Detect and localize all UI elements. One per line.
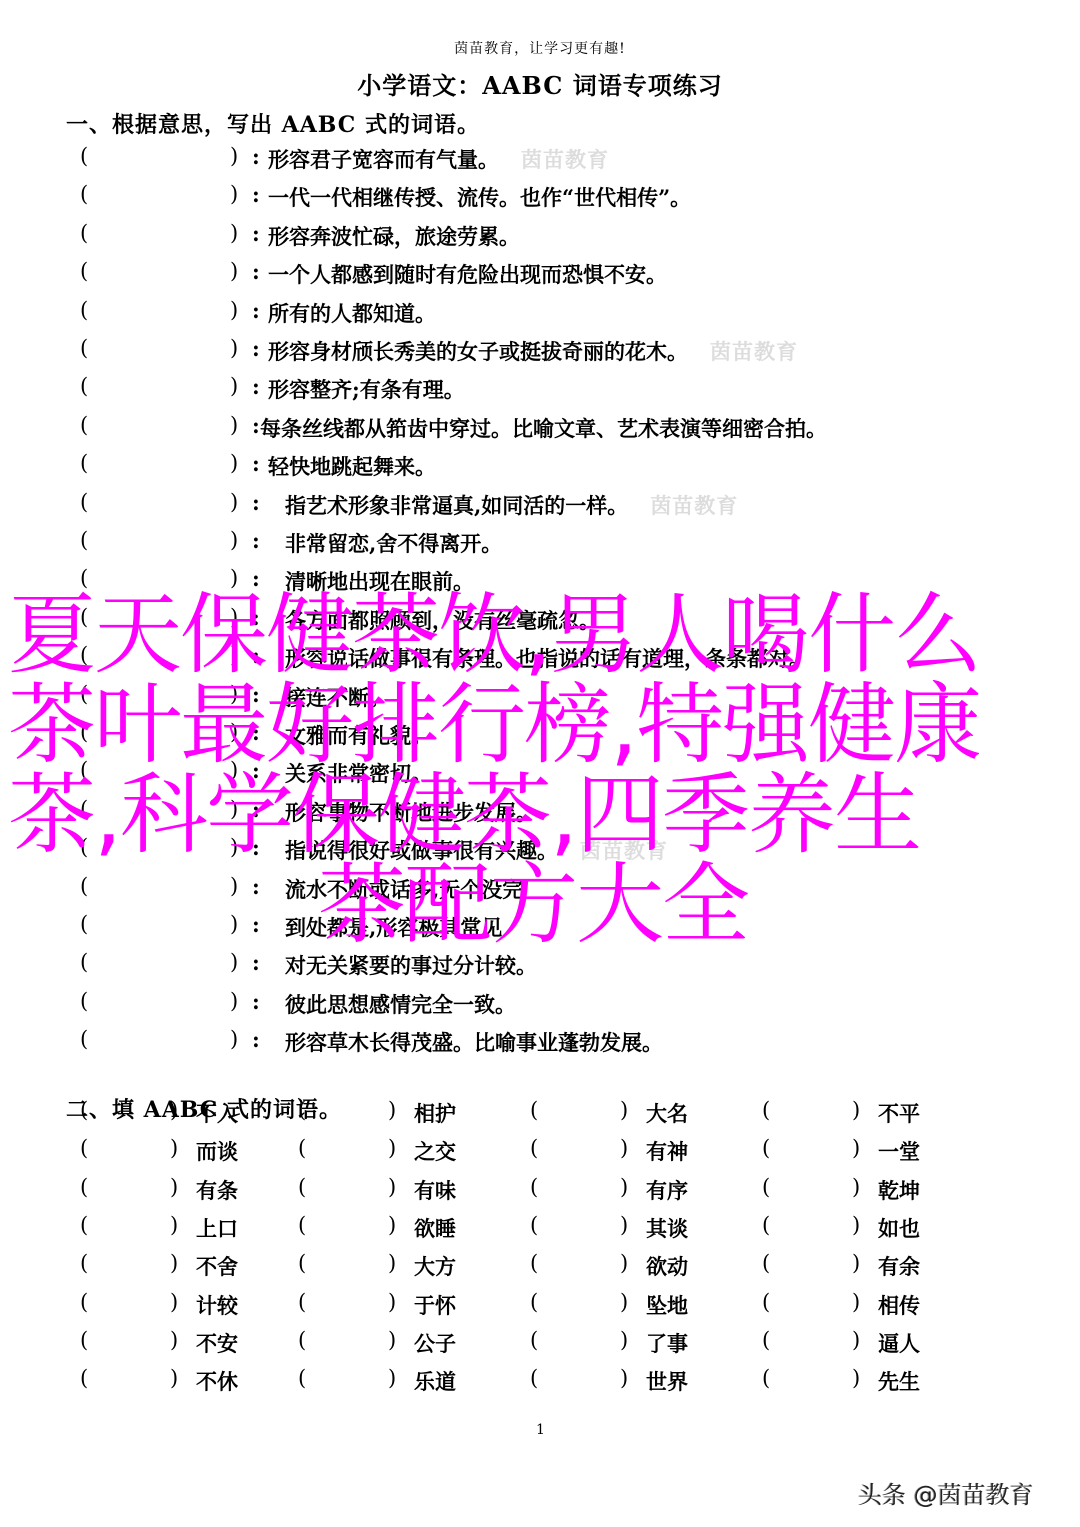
answer-blank-close: ) [230, 298, 238, 322]
answer-blank-close: ) [852, 1251, 860, 1275]
word-suffix: 上口 [196, 1213, 238, 1243]
definition-text: 轻快地跳起舞来。 [268, 451, 436, 481]
word-suffix: 了事 [646, 1328, 688, 1358]
colon: : [252, 413, 260, 438]
word-suffix: 相传 [878, 1290, 920, 1320]
answer-blank-close: ) [852, 1290, 860, 1314]
fill-in-row: ()不休()乐道()世界()先生 [80, 1366, 1040, 1404]
answer-blank-close: ) [852, 1098, 860, 1122]
answer-blank-close: ) [230, 144, 238, 168]
word-suffix: 不入 [196, 1098, 238, 1128]
colon: : [252, 221, 260, 246]
overlay-headline-line: 茶,科学保健茶,四季养生 [8, 770, 1078, 860]
colon: : [252, 374, 260, 399]
answer-blank-close: ) [388, 1251, 396, 1275]
answer-blank-open: ( [80, 1328, 88, 1352]
answer-blank-open[interactable]: ( [80, 298, 88, 322]
answer-blank-close: ) [852, 1136, 860, 1160]
word-suffix: 先生 [878, 1366, 920, 1396]
source-credit-watermark: 头条 @茵苗教育 [858, 1475, 1034, 1510]
fill-in-row: ()不舍()大方()欲动()有余 [80, 1251, 1040, 1289]
exercise-row: ():形容整齐;有条有理。 [80, 374, 1040, 412]
answer-blank-close: ) [230, 221, 238, 245]
answer-blank-open: ( [530, 1213, 538, 1237]
answer-blank-close: ) [620, 1328, 628, 1352]
word-suffix: 之交 [414, 1136, 456, 1166]
answer-blank-open: ( [530, 1251, 538, 1275]
answer-blank-open[interactable]: ( [80, 144, 88, 168]
answer-blank-open[interactable]: ( [80, 1027, 88, 1051]
answer-blank-close: ) [388, 1213, 396, 1237]
answer-blank-open[interactable]: ( [80, 950, 88, 974]
answer-blank-close: ) [230, 451, 238, 475]
answer-blank-open: ( [762, 1136, 770, 1160]
answer-blank-close: ) [388, 1136, 396, 1160]
colon: : [252, 528, 260, 553]
exercise-row: ():非常留恋,舍不得离开。 [80, 528, 1040, 566]
definition-text: 形容整齐;有条有理。 [268, 374, 465, 404]
word-suffix: 欲动 [646, 1251, 688, 1281]
word-suffix: 不安 [196, 1328, 238, 1358]
answer-blank-close: ) [852, 1366, 860, 1390]
answer-blank-close: ) [388, 1098, 396, 1122]
answer-blank-close: ) [170, 1098, 178, 1122]
colon: : [252, 490, 260, 515]
brand-watermark: 茵苗教育 [650, 493, 738, 518]
answer-blank-open: ( [298, 1366, 306, 1390]
answer-blank-close: ) [170, 1213, 178, 1237]
definition-text: 形容奔波忙碌，旅途劳累。 [268, 221, 520, 251]
word-suffix: 一堂 [878, 1136, 920, 1166]
answer-blank-open[interactable]: ( [80, 336, 88, 360]
answer-blank-close: ) [230, 490, 238, 514]
exercise-row: ():彼此思想感情完全一致。 [80, 989, 1040, 1027]
colon: : [252, 451, 260, 476]
answer-blank-open: ( [298, 1213, 306, 1237]
answer-blank-open[interactable]: ( [80, 374, 88, 398]
answer-blank-open: ( [80, 1175, 88, 1199]
exercise-row: ():轻快地跳起舞来。 [80, 451, 1040, 489]
document-title: 小学语文：AABC 词语专项练习 [0, 66, 1080, 101]
exercise-row: ():形容奔波忙碌，旅途劳累。 [80, 221, 1040, 259]
overlay-headline-line: 茶配方大全 [8, 860, 1078, 950]
answer-blank-open: ( [80, 1251, 88, 1275]
answer-blank-open: ( [298, 1290, 306, 1314]
word-suffix: 大名 [646, 1098, 688, 1128]
definition-text: 每条丝线都从筘齿中穿过。比喻文章、艺术表演等细密合拍。 [260, 413, 827, 443]
word-suffix: 乐道 [414, 1366, 456, 1396]
answer-blank-open: ( [80, 1366, 88, 1390]
answer-blank-close: ) [388, 1175, 396, 1199]
answer-blank-close: ) [170, 1366, 178, 1390]
overlay-headline-line: 茶叶最好排行榜,特强健康 [8, 680, 1078, 770]
answer-blank-close: ) [230, 989, 238, 1013]
answer-blank-open: ( [762, 1290, 770, 1314]
answer-blank-open[interactable]: ( [80, 989, 88, 1013]
definition-text: 形容君子宽容而有气量。茵苗教育 [268, 144, 609, 174]
word-suffix: 有神 [646, 1136, 688, 1166]
answer-blank-close: ) [852, 1175, 860, 1199]
answer-blank-open[interactable]: ( [80, 490, 88, 514]
exercise-row: ():对无关紧要的事过分计较。 [80, 950, 1040, 988]
definition-text: 指艺术形象非常逼真,如同活的一样。茵苗教育 [285, 490, 738, 520]
answer-blank-open[interactable]: ( [80, 182, 88, 206]
fill-in-row: ()不安()公子()了事()逼人 [80, 1328, 1040, 1366]
answer-blank-close: ) [230, 1027, 238, 1051]
answer-blank-open: ( [298, 1136, 306, 1160]
answer-blank-open: ( [80, 1290, 88, 1314]
overlay-headline-line: 夏天保健茶饮,男人喝什么 [8, 590, 1078, 680]
answer-blank-close: ) [388, 1328, 396, 1352]
exercise-row: ():形容君子宽容而有气量。茵苗教育 [80, 144, 1040, 182]
definition-text: 一代一代相继传授、流传。也作“世代相传”。 [268, 182, 691, 212]
answer-blank-open[interactable]: ( [80, 259, 88, 283]
word-suffix: 不休 [196, 1366, 238, 1396]
answer-blank-close: ) [620, 1098, 628, 1122]
word-suffix: 乾坤 [878, 1175, 920, 1205]
definition-text: 彼此思想感情完全一致。 [285, 989, 516, 1019]
answer-blank-open: ( [298, 1251, 306, 1275]
answer-blank-close: ) [620, 1213, 628, 1237]
fill-in-row: ()计较()于怀()坠地()相传 [80, 1290, 1040, 1328]
word-suffix: 如也 [878, 1213, 920, 1243]
answer-blank-close: ) [852, 1213, 860, 1237]
colon: : [252, 336, 260, 361]
word-suffix: 有味 [414, 1175, 456, 1205]
answer-blank-close: ) [170, 1251, 178, 1275]
colon: : [252, 182, 260, 207]
page-number: 1 [536, 1422, 545, 1438]
answer-blank-open: ( [762, 1251, 770, 1275]
exercise-row: ():每条丝线都从筘齿中穿过。比喻文章、艺术表演等细密合拍。 [80, 413, 1040, 451]
section-1-heading: 一、根据意思，写出 AABC 式的词语。 [66, 108, 480, 139]
exercise-row: ():一个人都感到随时有危险出现而恐惧不安。 [80, 259, 1040, 297]
word-suffix: 其谈 [646, 1213, 688, 1243]
definition-text: 非常留恋,舍不得离开。 [285, 528, 502, 558]
answer-blank-open: ( [530, 1328, 538, 1352]
answer-blank-close: ) [620, 1366, 628, 1390]
overlay-headline: 夏天保健茶饮,男人喝什么 茶叶最好排行榜,特强健康 茶,科学保健茶,四季养生 茶… [8, 590, 1078, 950]
answer-blank-close: ) [230, 528, 238, 552]
header-slogan: 茵苗教育，让学习更有趣! [0, 38, 1080, 58]
colon: : [252, 950, 260, 975]
definition-text: 所有的人都知道。 [268, 298, 436, 328]
answer-blank-open[interactable]: ( [80, 413, 88, 437]
fill-in-row: ()不入()相护()大名()不平 [80, 1098, 1040, 1136]
answer-blank-open: ( [762, 1328, 770, 1352]
answer-blank-open[interactable]: ( [80, 451, 88, 475]
word-suffix: 大方 [414, 1251, 456, 1281]
word-suffix: 而谈 [196, 1136, 238, 1166]
answer-blank-close: ) [388, 1366, 396, 1390]
answer-blank-close: ) [620, 1251, 628, 1275]
definition-text: 形容草木长得茂盛。比喻事业蓬勃发展。 [285, 1027, 663, 1057]
word-suffix: 坠地 [646, 1290, 688, 1320]
answer-blank-close: ) [230, 413, 238, 437]
answer-blank-open: ( [530, 1175, 538, 1199]
word-suffix: 欲睡 [414, 1213, 456, 1243]
answer-blank-open: ( [530, 1366, 538, 1390]
brand-watermark: 茵苗教育 [710, 339, 798, 364]
answer-blank-open: ( [762, 1098, 770, 1122]
answer-blank-open: ( [80, 1098, 88, 1122]
answer-blank-open: ( [762, 1175, 770, 1199]
word-suffix: 计较 [196, 1290, 238, 1320]
answer-blank-close: ) [620, 1290, 628, 1314]
exercise-row: ():一代一代相继传授、流传。也作“世代相传”。 [80, 182, 1040, 220]
word-suffix: 逼人 [878, 1328, 920, 1358]
colon: : [252, 144, 260, 169]
answer-blank-close: ) [620, 1136, 628, 1160]
fill-in-row: ()上口()欲睡()其谈()如也 [80, 1213, 1040, 1251]
fill-in-row: ()而谈()之交()有神()一堂 [80, 1136, 1040, 1174]
answer-blank-close: ) [230, 950, 238, 974]
answer-blank-open: ( [298, 1328, 306, 1352]
word-suffix: 公子 [414, 1328, 456, 1358]
answer-blank-open: ( [762, 1213, 770, 1237]
exercise-row: ():形容身材颀长秀美的女子或挺拔奇丽的花木。茵苗教育 [80, 336, 1040, 374]
answer-blank-close: ) [170, 1175, 178, 1199]
answer-blank-open: ( [530, 1098, 538, 1122]
exercise-row: ():形容草木长得茂盛。比喻事业蓬勃发展。 [80, 1027, 1040, 1065]
answer-blank-close: ) [170, 1328, 178, 1352]
definition-text: 形容身材颀长秀美的女子或挺拔奇丽的花木。茵苗教育 [268, 336, 798, 366]
answer-blank-open[interactable]: ( [80, 221, 88, 245]
word-suffix: 世界 [646, 1366, 688, 1396]
word-suffix: 相护 [414, 1098, 456, 1128]
word-suffix: 于怀 [414, 1290, 456, 1320]
answer-blank-close: ) [230, 259, 238, 283]
word-suffix: 有序 [646, 1175, 688, 1205]
colon: : [252, 989, 260, 1014]
answer-blank-open[interactable]: ( [80, 528, 88, 552]
answer-blank-close: ) [230, 336, 238, 360]
answer-blank-close: ) [230, 374, 238, 398]
answer-blank-open: ( [298, 1175, 306, 1199]
answer-blank-open: ( [530, 1136, 538, 1160]
answer-blank-open: ( [80, 1213, 88, 1237]
exercise-row: ():所有的人都知道。 [80, 298, 1040, 336]
brand-watermark: 茵苗教育 [521, 147, 609, 172]
answer-blank-open: ( [762, 1366, 770, 1390]
definition-text: 一个人都感到随时有危险出现而恐惧不安。 [268, 259, 667, 289]
word-suffix: 不平 [878, 1098, 920, 1128]
fill-in-row: ()有条()有味()有序()乾坤 [80, 1175, 1040, 1213]
word-suffix: 不舍 [196, 1251, 238, 1281]
colon: : [252, 259, 260, 284]
word-suffix: 有条 [196, 1175, 238, 1205]
answer-blank-open: ( [80, 1136, 88, 1160]
answer-blank-close: ) [620, 1175, 628, 1199]
answer-blank-close: ) [388, 1290, 396, 1314]
colon: : [252, 1027, 260, 1052]
answer-blank-open: ( [530, 1290, 538, 1314]
colon: : [252, 298, 260, 323]
answer-blank-close: ) [230, 182, 238, 206]
answer-blank-open: ( [298, 1098, 306, 1122]
answer-blank-close: ) [170, 1290, 178, 1314]
answer-blank-close: ) [170, 1136, 178, 1160]
word-suffix: 有余 [878, 1251, 920, 1281]
answer-blank-close: ) [852, 1328, 860, 1352]
exercise-row: ():指艺术形象非常逼真,如同活的一样。茵苗教育 [80, 490, 1040, 528]
